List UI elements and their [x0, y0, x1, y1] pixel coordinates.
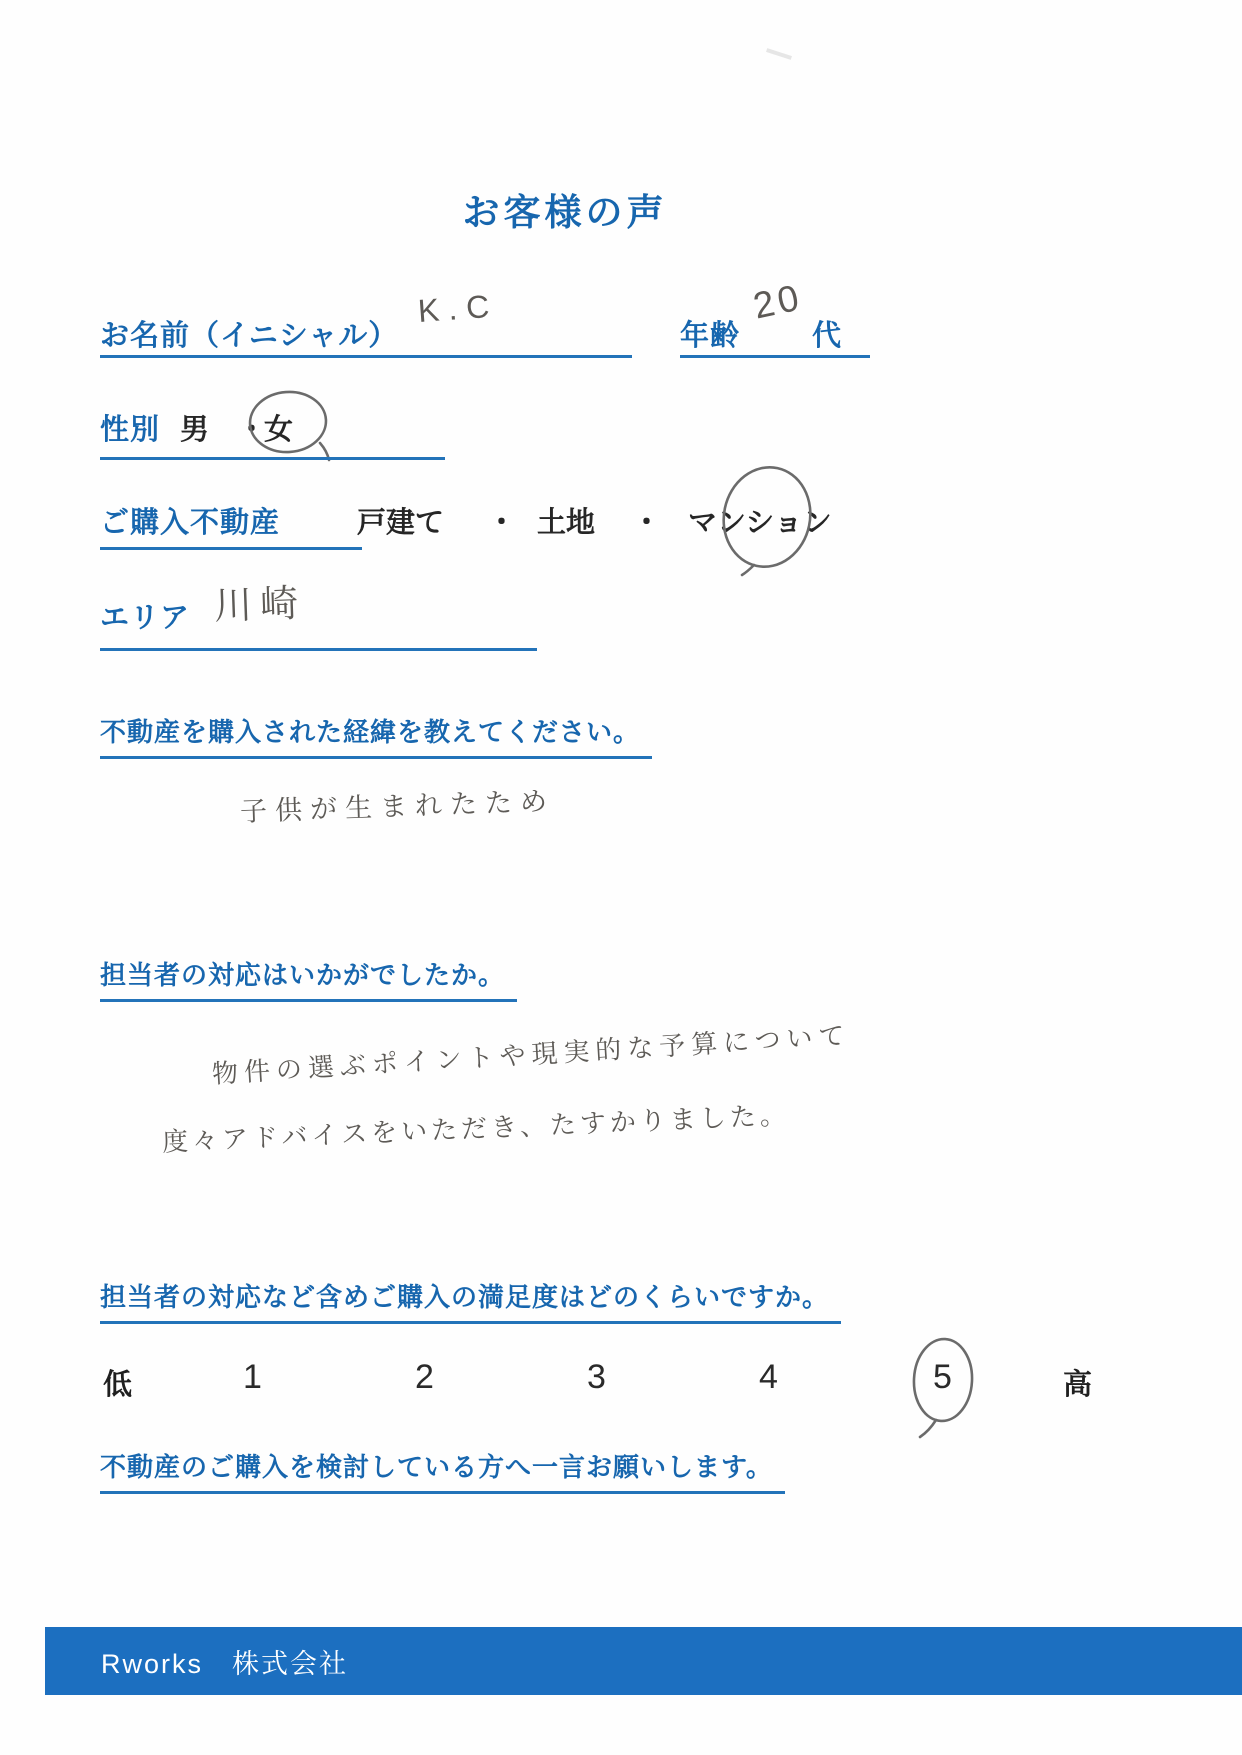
name-label: お名前（イニシャル） [100, 313, 398, 354]
property-label: ご購入不動産 [100, 500, 280, 541]
property-separator-1: ・ [487, 500, 516, 541]
question-2-handwritten-answer-line-1: 物件の選ぶポイントや現実的な予算について [211, 1015, 852, 1091]
scale-option-1: 1 [243, 1358, 262, 1397]
age-label: 年齢 [680, 313, 740, 354]
area-underline [100, 648, 537, 651]
scale-option-3: 3 [587, 1358, 606, 1397]
question-1-label: 不動産を購入された経緯を教えてください。 [100, 712, 652, 759]
gender-selection-circle [246, 389, 336, 463]
name-underline [100, 355, 632, 358]
age-unit-label: 代 [812, 313, 842, 354]
scan-artifact [766, 48, 792, 60]
area-label: エリア [100, 595, 190, 636]
area-handwritten-value: 川崎 [213, 572, 307, 630]
property-selection-circle [714, 462, 822, 578]
scale-low-label: 低 [103, 1362, 132, 1403]
question-3-label: 担当者の対応など含めご購入の満足度はどのくらいですか。 [100, 1277, 841, 1324]
name-handwritten-value: K.C [417, 287, 500, 330]
property-option-land: 土地 [537, 500, 595, 541]
company-name: Rworks 株式会社 [101, 1642, 348, 1681]
scale-high-label: 高 [1063, 1362, 1092, 1403]
scale-selection-circle [903, 1334, 988, 1444]
question-4-label: 不動産のご購入を検討している方へ一言お願いします。 [100, 1447, 785, 1494]
gender-label: 性別 [100, 407, 160, 448]
page-title: お客様の声 [0, 182, 1130, 236]
age-handwritten-value: 20 [750, 276, 807, 327]
property-underline [100, 547, 362, 550]
question-1-handwritten-answer: 子供が生まれたため [239, 779, 555, 829]
property-separator-2: ・ [632, 500, 661, 541]
footer-bar: Rworks 株式会社 [45, 1627, 1242, 1695]
question-2-label: 担当者の対応はいかがでしたか。 [100, 955, 517, 1002]
gender-option-male: 男 [180, 407, 209, 448]
question-2-handwritten-answer-line-2: 度々アドバイスをいただき、たすかりました。 [161, 1095, 790, 1159]
property-option-house: 戸建て [357, 500, 444, 541]
gender-underline [100, 457, 445, 460]
customer-voice-form-scan: お客様の声 お名前（イニシャル） K.C 年齢 20 代 性別 男 ・ 女 ご購… [0, 0, 1242, 1755]
scale-option-4: 4 [759, 1358, 778, 1397]
age-underline [680, 355, 870, 358]
scale-option-2: 2 [415, 1358, 434, 1397]
